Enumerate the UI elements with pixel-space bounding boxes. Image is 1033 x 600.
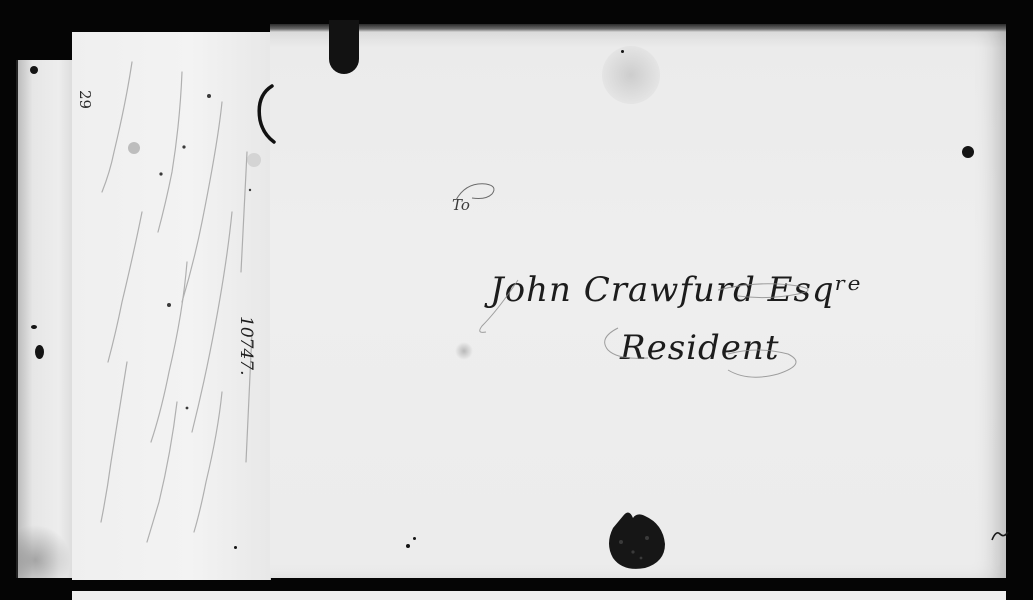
water-stain [602,46,660,104]
ink-blot [31,325,37,329]
under-sheet-edge [16,60,76,578]
faint-endorsement-notes [72,32,270,580]
document-scan: 29 10747. To John Crawfurd Esqʳᵉ Residen… [0,0,1033,600]
ink-speck [406,544,410,548]
smudge-mark [455,342,473,360]
corner-number-mark: 29 [76,90,94,109]
ink-speck [621,50,624,53]
ink-speck [413,537,416,540]
ink-blot [35,345,44,359]
salutation-to: To [452,196,470,214]
addressee-title: Resident [620,328,780,368]
ink-blot [30,66,38,74]
wax-seal-remnant [603,508,669,570]
top-tab-blot [329,20,359,74]
ink-blot [962,146,974,158]
cover-top-edge [270,24,1006,32]
addressee-name: John Crawfurd Esqʳᵉ [490,270,862,310]
seal-edge-curve [250,80,280,160]
ink-speck [234,546,237,549]
reference-number: 10747. [236,316,256,375]
edge-squiggle [990,528,1010,544]
next-sheet-edge [72,591,1006,600]
